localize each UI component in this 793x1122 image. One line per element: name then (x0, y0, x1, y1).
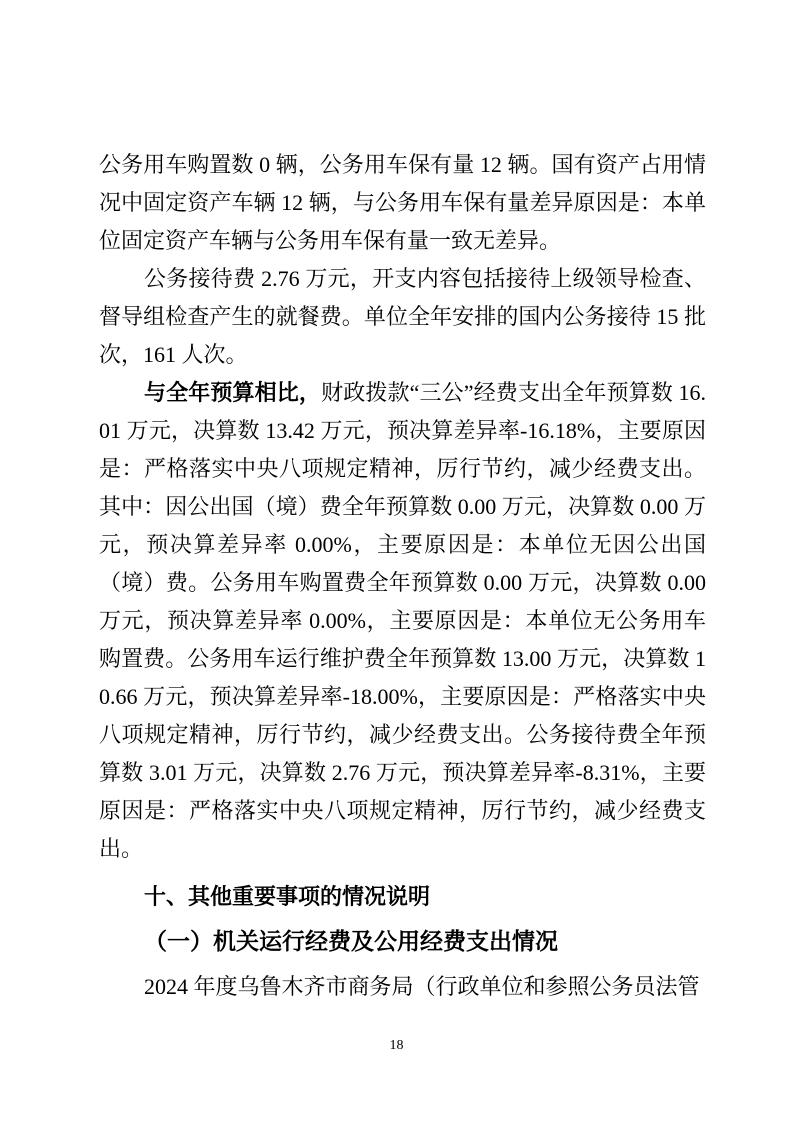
document-body: 公务用车购置数 0 辆，公务用车保有量 12 辆。国有资产占用情况中固定资产车辆… (99, 146, 706, 1009)
document-page: 公务用车购置数 0 辆，公务用车保有量 12 辆。国有资产占用情况中固定资产车辆… (0, 0, 793, 1122)
paragraph-reception-expense: 公务接待费 2.76 万元，开支内容包括接待上级领导检查、督导组检查产生的就餐费… (99, 260, 706, 374)
paragraph-vehicle-holdings: 公务用车购置数 0 辆，公务用车保有量 12 辆。国有资产占用情况中固定资产车辆… (99, 146, 706, 260)
paragraph-2024-bureau-intro: 2024 年度乌鲁木齐市商务局（行政单位和参照公务员法管 (99, 964, 706, 1009)
subsection-heading-operating-expenses: （一）机关运行经费及公用经费支出情况 (99, 919, 706, 964)
paragraph-budget-comparison-text: 财政拨款“三公”经费支出全年预算数 16.01 万元，决算数 13.42 万元，… (99, 380, 706, 861)
page-number: 18 (0, 1038, 793, 1054)
paragraph-bold-lead: 与全年预算相比， (144, 380, 321, 405)
paragraph-budget-comparison: 与全年预算相比，财政拨款“三公”经费支出全年预算数 16.01 万元，决算数 1… (99, 374, 706, 868)
section-heading-other-important-matters: 十、其他重要事项的情况说明 (99, 874, 706, 919)
